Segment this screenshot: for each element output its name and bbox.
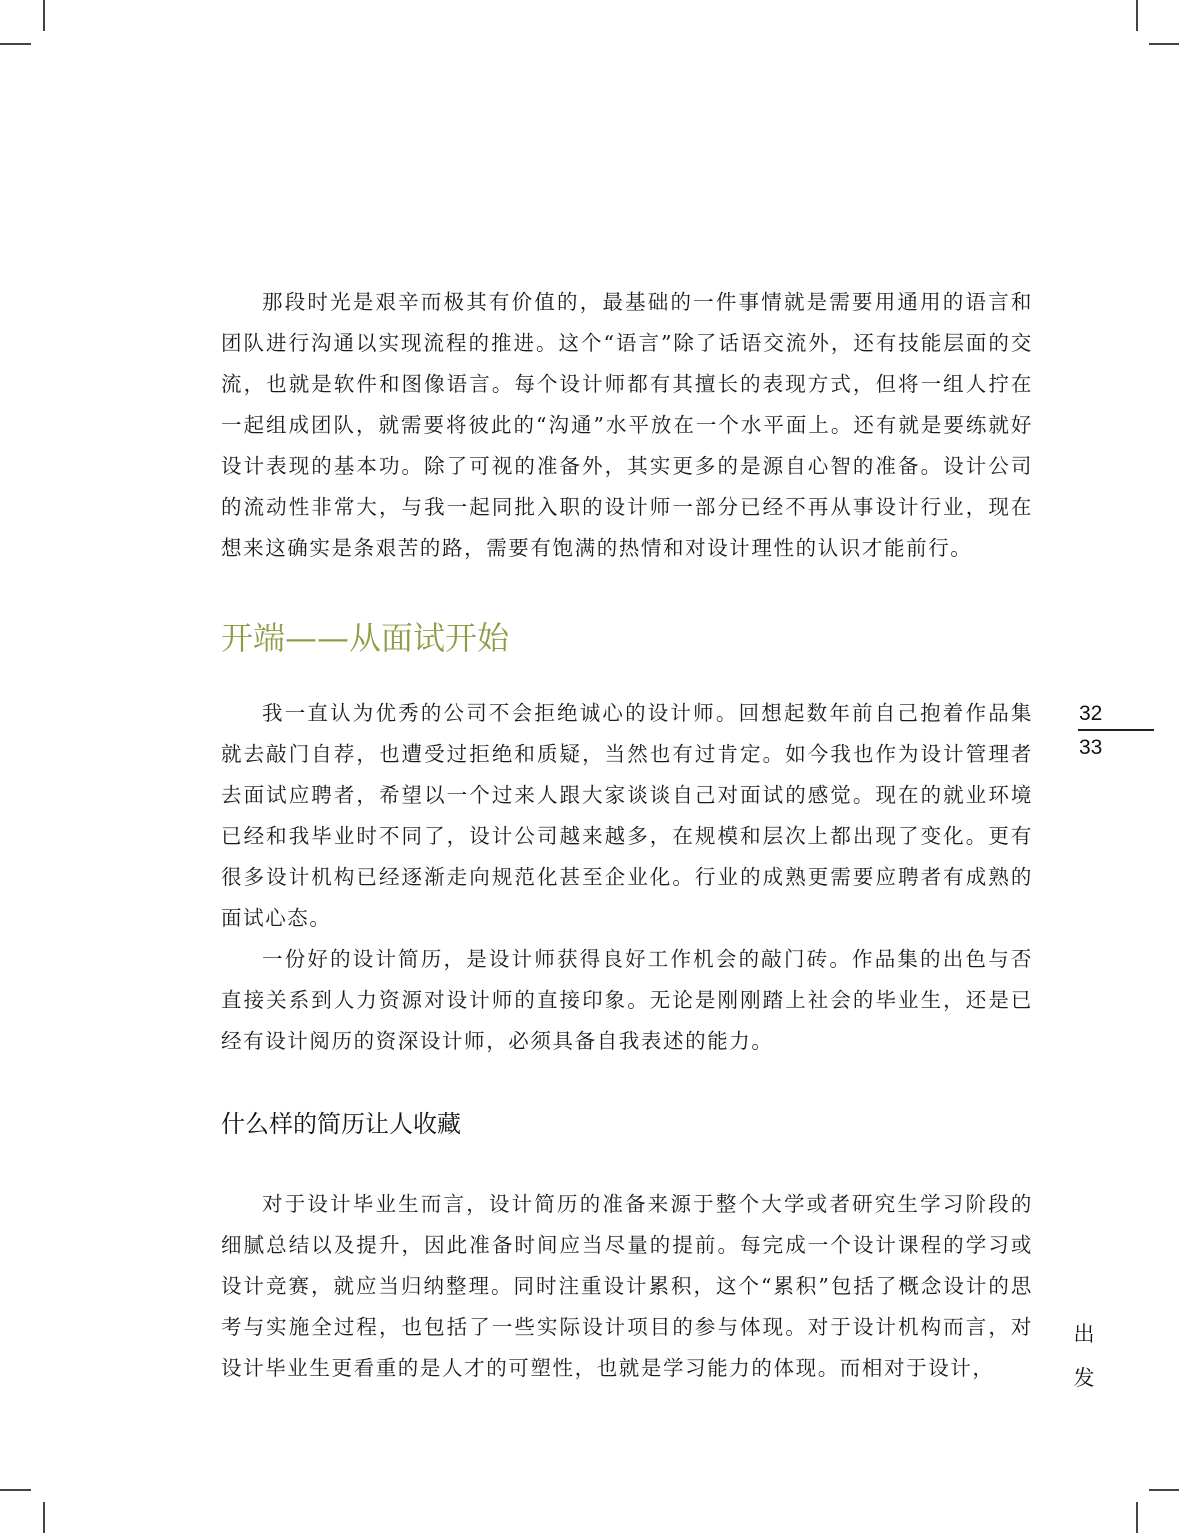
right-page-number: 33 (1078, 734, 1154, 762)
page-numbers: 32 33 (1078, 700, 1154, 762)
subsection-paragraph-1: 对于设计毕业生而言，设计简历的准备来源于整个大学或者研究生学习阶段的细腻总结以及… (221, 1184, 1033, 1389)
section-paragraph-1: 我一直认为优秀的公司不会拒绝诚心的设计师。回想起数年前自己抱着作品集就去敲门自荐… (221, 693, 1033, 939)
section-body: 我一直认为优秀的公司不会拒绝诚心的设计师。回想起数年前自己抱着作品集就去敲门自荐… (221, 693, 1033, 1062)
subsection-title: 什么样的简历让人收藏 (221, 1106, 461, 1142)
left-page-number: 32 (1078, 700, 1154, 728)
crop-mark-bottom-left-vertical (43, 1502, 45, 1533)
chapter-tab-char-2: 发 (1072, 1356, 1096, 1400)
crop-mark-bottom-right-horizontal (1149, 1489, 1179, 1491)
crop-mark-top-left-vertical (43, 0, 45, 31)
chapter-tab: 出 发 (1072, 1312, 1096, 1400)
section-title: 开端——从面试开始 (221, 614, 509, 662)
crop-mark-bottom-left-horizontal (0, 1489, 31, 1491)
subsection-body: 对于设计毕业生而言，设计简历的准备来源于整个大学或者研究生学习阶段的细腻总结以及… (221, 1184, 1033, 1389)
section-paragraph-2: 一份好的设计简历，是设计师获得良好工作机会的敲门砖。作品集的出色与否直接关系到人… (221, 939, 1033, 1062)
crop-mark-bottom-right-vertical (1136, 1502, 1138, 1533)
intro-paragraph: 那段时光是艰辛而极其有价值的，最基础的一件事情就是需要用通用的语言和团队进行沟通… (221, 282, 1033, 569)
intro-text: 那段时光是艰辛而极其有价值的，最基础的一件事情就是需要用通用的语言和团队进行沟通… (221, 282, 1033, 569)
crop-mark-top-right-vertical (1136, 0, 1138, 31)
chapter-tab-char-1: 出 (1072, 1312, 1096, 1356)
crop-mark-top-right-horizontal (1149, 43, 1179, 45)
crop-mark-top-left-horizontal (0, 43, 31, 45)
folio-divider (1078, 729, 1154, 731)
